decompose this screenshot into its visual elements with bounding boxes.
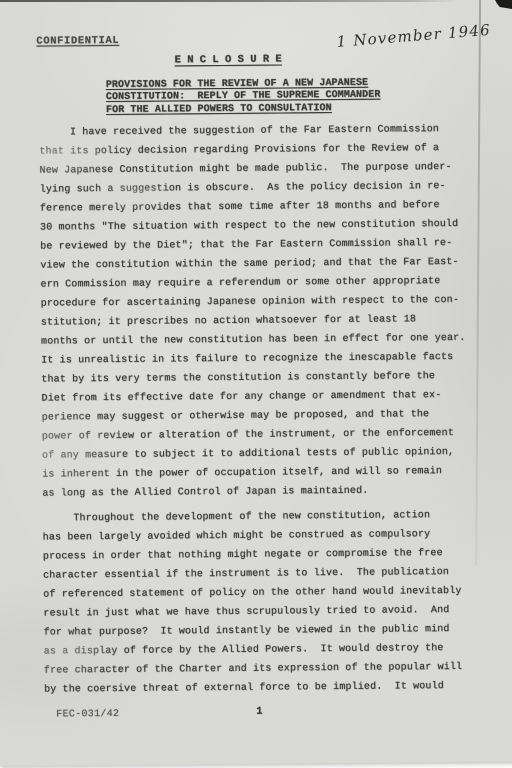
page-number: 1 xyxy=(256,706,262,718)
enclosure-heading: E N C L O S U R E xyxy=(175,53,282,66)
body-paragraph-2: Throughout the development of the new co… xyxy=(43,506,463,700)
footer-document-number: FEC-031/42 xyxy=(56,709,119,721)
page-content: CONFIDENTIAL 1 November 1946 E N C L O S… xyxy=(0,0,512,768)
body-paragraph-1: I have received the suggestion of the Fa… xyxy=(39,120,467,504)
paper-crease-line xyxy=(475,0,480,566)
paper-sheet: CONFIDENTIAL 1 November 1946 E N C L O S… xyxy=(0,0,512,766)
classification-stamp: CONFIDENTIAL xyxy=(36,35,119,48)
title-line-2: CONSTITUTION: REPLY OF THE SUPREME COMMA… xyxy=(106,90,381,105)
document-title: PROVISIONS FOR THE REVIEW OF A NEW JAPAN… xyxy=(106,78,381,117)
scan-top-edge-line xyxy=(0,0,458,2)
scanned-document-page: { "page": { "classification": "CONFIDENT… xyxy=(0,0,512,768)
title-line-3: FOR THE ALLIED POWERS TO CONSULTATION xyxy=(106,102,381,117)
handwritten-date: 1 November 1946 xyxy=(336,20,507,51)
